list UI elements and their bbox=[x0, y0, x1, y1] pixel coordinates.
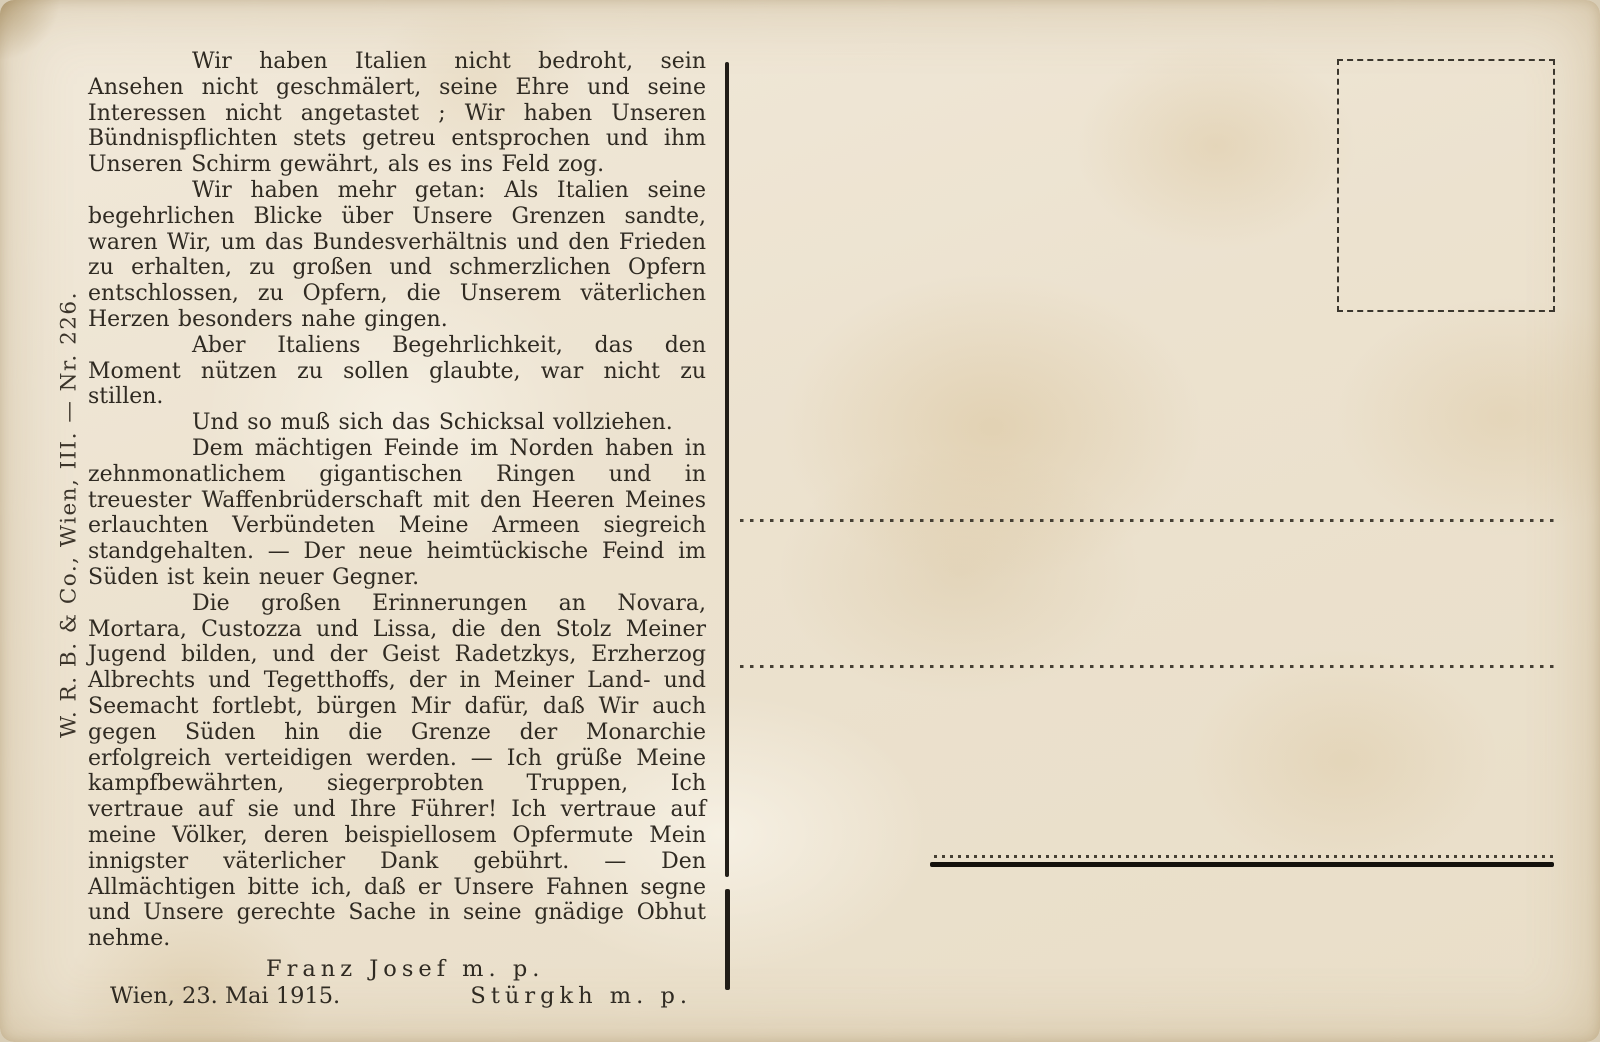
address-line-1 bbox=[740, 519, 1558, 522]
stamp-box bbox=[1337, 59, 1555, 312]
date-and-countersignature-row: Wien, 23. Mai 1915. Stürgkh m. p. bbox=[88, 983, 706, 1010]
address-line-3-dotted bbox=[934, 855, 1554, 858]
postcard-back: W. R. B. & Co., Wien, III. — Nr. 226. Wi… bbox=[0, 0, 1600, 1042]
signature-block: Franz Josef m. p. Wien, 23. Mai 1915. St… bbox=[88, 956, 706, 1010]
bottom-rule bbox=[930, 862, 1554, 867]
proclamation-paragraph: Wir haben Italien nicht bedroht, sein An… bbox=[88, 49, 706, 178]
publisher-imprint: W. R. B. & Co., Wien, III. — Nr. 226. bbox=[57, 260, 82, 770]
proclamation-paragraph: Wir haben mehr getan: Als Italien seine … bbox=[88, 178, 706, 333]
center-divider-line bbox=[725, 62, 729, 877]
countersignature-stuergkh: Stürgkh m. p. bbox=[470, 983, 692, 1010]
proclamation-paragraph: Aber Italiens Begehrlichkeit, das den Mo… bbox=[88, 333, 706, 410]
place-date: Wien, 23. Mai 1915. bbox=[110, 983, 340, 1010]
proclamation-paragraph: Und so muß sich das Schicksal vollziehen… bbox=[88, 410, 706, 436]
address-line-2 bbox=[740, 665, 1558, 668]
signature-franz-josef: Franz Josef m. p. bbox=[88, 956, 706, 983]
proclamation-paragraph: Dem mächtigen Feinde im Norden haben in … bbox=[88, 436, 706, 591]
center-divider-line-lower bbox=[725, 889, 730, 990]
proclamation-text: Wir haben Italien nicht bedroht, sein An… bbox=[88, 49, 706, 1010]
proclamation-paragraph: Die großen Erinnerungen an Novara, Morta… bbox=[88, 591, 706, 952]
